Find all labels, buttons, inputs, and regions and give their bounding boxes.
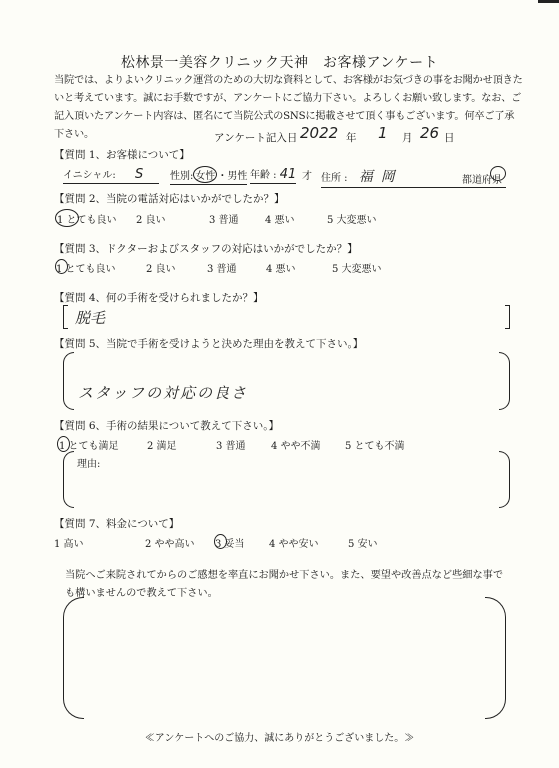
gender-female-option[interactable]: 女性 bbox=[193, 166, 217, 183]
age-value: 41 bbox=[280, 167, 297, 182]
address-unit-selected-circle bbox=[490, 166, 506, 181]
q5-heading: 【質問 5、当院で手術を受けようと決めた理由を教えて下さい。】 bbox=[54, 336, 363, 351]
date-day[interactable]: 26 bbox=[420, 124, 439, 142]
address-label: 住所 : bbox=[321, 173, 348, 184]
date-month-unit: 月 bbox=[402, 130, 413, 145]
q3-option-1[interactable]: 1 とても良い bbox=[56, 260, 116, 275]
q2-option-4[interactable]: 4 悪い bbox=[265, 211, 295, 226]
date-year-unit: 年 bbox=[346, 130, 357, 145]
q7-option-4[interactable]: 4 やや安い bbox=[269, 535, 319, 550]
q7-option-2[interactable]: 2 やや高い bbox=[145, 535, 195, 550]
gender-male-option[interactable]: 男性 bbox=[227, 171, 247, 182]
q6-bracket-right bbox=[499, 451, 510, 508]
age-label: 年齢 : bbox=[250, 170, 277, 181]
q2-heading: 【質問 2、当院の電話対応はいかがでしたか？】 bbox=[54, 191, 285, 206]
date-label: アンケート記入日 bbox=[214, 130, 297, 145]
page-title: 松林景一美容クリニック天神 お客様アンケート bbox=[0, 52, 559, 72]
q3-option-4[interactable]: 4 悪い bbox=[266, 260, 296, 275]
selected-circle bbox=[214, 534, 227, 549]
q6-option-4[interactable]: 4 やや不満 bbox=[271, 437, 321, 452]
q5-answer[interactable]: スタッフの対応の良さ bbox=[78, 382, 248, 403]
address-field[interactable]: 住所 : 福岡 都道府県 bbox=[321, 166, 506, 188]
selected-circle bbox=[55, 209, 79, 227]
comments-bracket-right bbox=[485, 597, 506, 719]
date-year[interactable]: 2022 bbox=[300, 124, 338, 142]
date-month[interactable]: 1 bbox=[378, 124, 388, 142]
selected-circle bbox=[55, 259, 68, 274]
gender-label: 性別: bbox=[170, 171, 193, 182]
q5-bracket-right bbox=[499, 352, 510, 410]
q3-option-2[interactable]: 2 良い bbox=[146, 260, 176, 275]
q3-option-3[interactable]: 3 普通 bbox=[207, 260, 237, 275]
q7-option-1[interactable]: 1 高い bbox=[54, 535, 84, 550]
q6-heading: 【質問 6、手術の結果について教えて下さい。】 bbox=[54, 418, 279, 433]
q1-heading: 【質問 1、お客様について】 bbox=[54, 147, 190, 162]
footer-thanks: ≪アンケートへのご協力、誠にありがとうございました。≫ bbox=[0, 729, 559, 744]
age-unit: 才 bbox=[302, 167, 312, 182]
q6-bracket-left bbox=[63, 451, 74, 508]
q2-option-2[interactable]: 2 良い bbox=[136, 211, 166, 226]
q2-option-3[interactable]: 3 普通 bbox=[209, 211, 239, 226]
q6-option-3[interactable]: 3 普通 bbox=[216, 437, 246, 452]
comments-prompt: 当院へご来院されてからのご感想を率直にお聞かせ下さい。また、要望や改善点など些細… bbox=[65, 567, 505, 603]
comments-bracket-left bbox=[63, 597, 84, 719]
q3-option-5[interactable]: 5 大変悪い bbox=[332, 260, 382, 275]
q6-option-1[interactable]: 1 とても満足 bbox=[59, 437, 119, 452]
q3-heading: 【質問 3、ドクターおよびスタッフの対応はいかがでしたか？】 bbox=[54, 241, 358, 256]
initial-field[interactable]: イニシャル: S bbox=[63, 166, 159, 184]
q7-option-3[interactable]: 3 妥当 bbox=[215, 535, 245, 550]
initial-label: イニシャル: bbox=[63, 170, 116, 181]
selected-circle bbox=[57, 436, 70, 452]
q2-option-5[interactable]: 5 大変悪い bbox=[327, 211, 377, 226]
scan-corner-mark bbox=[538, 0, 559, 3]
age-field[interactable]: 年齢 : 41 bbox=[250, 166, 296, 184]
q7-option-5[interactable]: 5 安い bbox=[348, 535, 378, 550]
q6-reason-label: 理由: bbox=[77, 455, 100, 470]
q4-heading: 【質問 4、何の手術を受けられましたか？】 bbox=[54, 290, 264, 305]
q4-bracket-right bbox=[505, 305, 510, 329]
q6-reason-field[interactable] bbox=[110, 455, 490, 501]
q6-option-2[interactable]: 2 満足 bbox=[147, 437, 177, 452]
q6-option-5[interactable]: 5 とても不満 bbox=[345, 437, 405, 452]
q2-option-1[interactable]: 1 とても良い bbox=[57, 211, 117, 226]
q5-bracket-left bbox=[63, 352, 74, 410]
q4-bracket-left bbox=[63, 305, 68, 329]
date-day-unit: 日 bbox=[444, 130, 455, 145]
comments-field[interactable] bbox=[88, 605, 478, 710]
q4-answer[interactable]: 脱毛 bbox=[75, 307, 105, 328]
address-value: 福岡 bbox=[359, 169, 403, 185]
q7-heading: 【質問 7、料金について】 bbox=[54, 516, 179, 531]
gender-field[interactable]: 性別:女性・男性 bbox=[170, 166, 247, 185]
initial-value: S bbox=[135, 167, 143, 182]
